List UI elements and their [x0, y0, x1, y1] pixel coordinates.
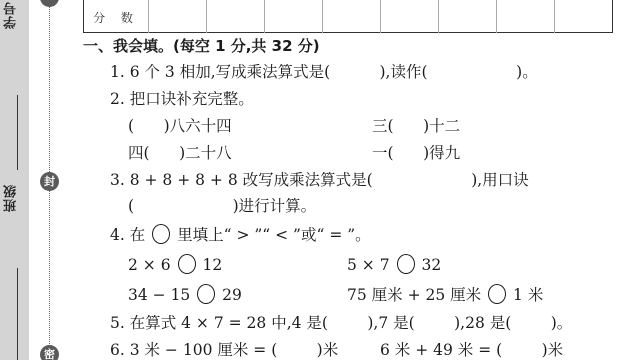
class-label: 班级 [2, 178, 26, 218]
student-id-label: 学号 [2, 0, 26, 30]
seal-icon [40, 0, 59, 7]
compare-circle[interactable] [488, 284, 506, 304]
compare-left: 2 × 6 [128, 256, 171, 274]
question-3-line-1: 3. 8 + 8 + 8 + 8 改写成乘法算式是( ),用口诀 [110, 170, 529, 190]
question-6-a: 6. 3 米 − 100 厘米 = ( )米 [110, 340, 338, 360]
question-2-item-b: 三( )十二 [372, 116, 460, 136]
question-3-line-2: ( )进行计算。 [128, 196, 316, 216]
question-2-item-a: ( )八六十四 [128, 116, 232, 136]
compare-right: 12 [202, 256, 222, 274]
question-4-suffix: 里填上“ > ”“ < ”或“ = ”。 [177, 226, 371, 244]
question-2-item-c: 四( )二十八 [128, 143, 232, 163]
score-cell[interactable] [439, 0, 497, 33]
score-cell[interactable] [265, 0, 323, 33]
compare-circle[interactable] [178, 254, 196, 274]
score-cell[interactable] [555, 0, 613, 33]
compare-circle[interactable] [397, 254, 415, 274]
compare-left: 5 × 7 [347, 256, 390, 274]
question-4-title: 4. 在 里填上“ > ”“ < ”或“ = ”。 [110, 224, 371, 245]
seal-icon-feng: 封 [40, 172, 59, 191]
score-cell[interactable] [323, 0, 381, 33]
compare-item-3: 34 − 15 29 [128, 284, 242, 305]
question-2-title: 2. 把口诀补充完整。 [110, 89, 254, 109]
score-cell[interactable] [207, 0, 265, 33]
compare-right: 1 米 [513, 286, 543, 304]
question-4-prefix: 4. 在 [110, 226, 145, 244]
compare-left: 75 厘米 + 25 厘米 [347, 286, 481, 304]
score-row: 分 数 [84, 0, 613, 33]
score-table: 分 数 [83, 0, 613, 33]
question-2-item-d: 一( )得九 [372, 143, 460, 163]
compare-right: 29 [222, 286, 242, 304]
question-6-b: 6 米 + 49 米 = ( )米 [380, 340, 563, 360]
score-row-label: 分 数 [84, 0, 149, 33]
section-title: 一、我会填。(每空 1 分,共 32 分) [83, 36, 320, 56]
compare-circle[interactable] [197, 284, 215, 304]
score-cell[interactable] [381, 0, 439, 33]
seal-icon-mi: 密 [40, 345, 59, 360]
score-cell[interactable] [497, 0, 555, 33]
compare-item-1: 2 × 6 12 [128, 254, 222, 275]
question-1: 1. 6 个 3 相加,写成乘法算式是( ),读作( )。 [110, 62, 538, 82]
compare-right: 32 [421, 256, 441, 274]
compare-item-4: 75 厘米 + 25 厘米 1 米 [347, 284, 543, 305]
class-line [17, 268, 18, 360]
circle-icon [152, 224, 170, 244]
compare-left: 34 − 15 [128, 286, 190, 304]
compare-item-2: 5 × 7 32 [347, 254, 441, 275]
question-5: 5. 在算式 4 × 7 = 28 中,4 是( ),7 是( ),28 是( … [110, 313, 572, 333]
student-id-line [17, 95, 18, 170]
score-cell[interactable] [149, 0, 207, 33]
